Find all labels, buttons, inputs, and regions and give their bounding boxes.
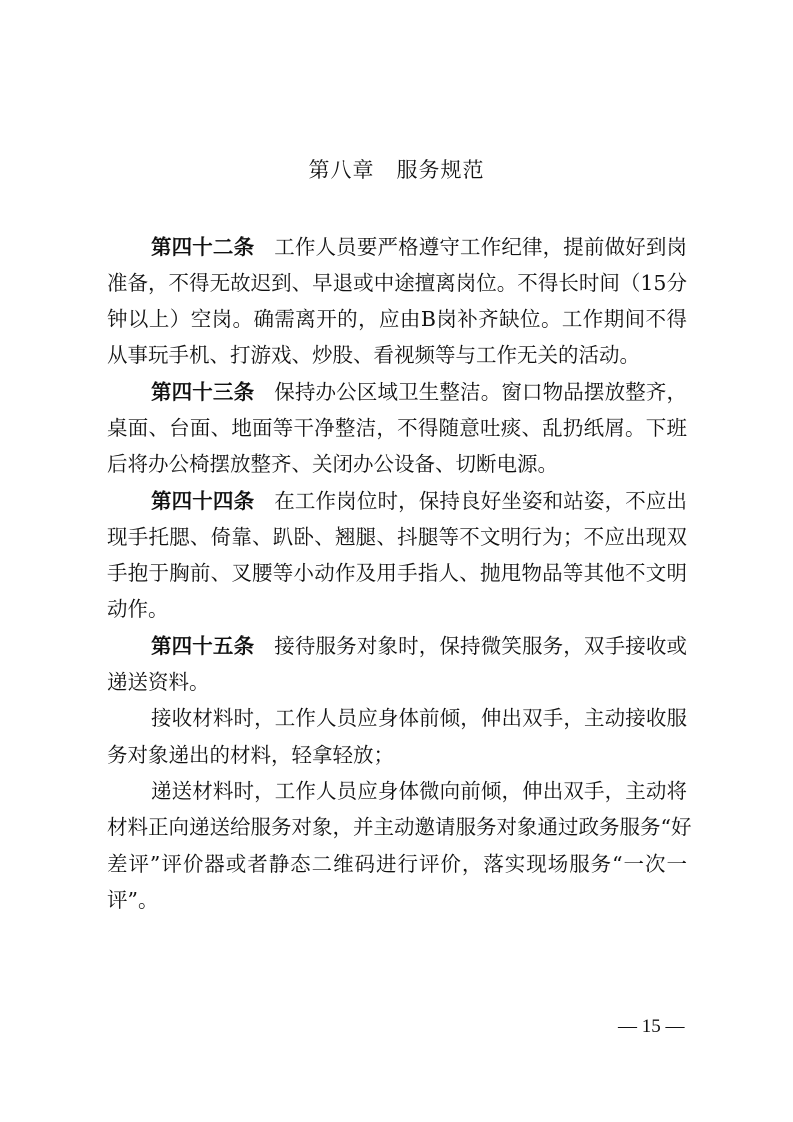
article-43-line-1: 第四十三条保持办公区域卫生整洁。窗口物品摆放整齐， [151, 379, 687, 405]
delivering-line-3: 差评”评价器或者静态二维码进行评价，落实现场服务“一次一 [107, 851, 687, 877]
article-43-line-2: 桌面、台面、地面等干净整洁，不得随意吐痰、乱扔纸屑。下班 [107, 415, 687, 441]
receiving-line-2: 务对象递出的材料，轻拿轻放； [107, 742, 687, 768]
delivering-line-2: 材料正向递送给服务对象，并主动邀请服务对象通过政务服务“好 [107, 814, 687, 840]
article-label: 第四十三条 [151, 380, 254, 404]
article-42-line-3: 钟以上）空岗。确需离开的，应由B岗补齐缺位。工作期间不得 [107, 306, 687, 332]
article-44-line-2: 现手托腮、倚靠、趴卧、翘腿、抖腿等不文明行为；不应出现双 [107, 524, 687, 550]
delivering-line-1: 递送材料时，工作人员应身体微向前倾，伸出双手，主动将 [151, 778, 687, 804]
article-42-line-4: 从事玩手机、打游戏、炒股、看视频等与工作无关的活动。 [107, 342, 687, 368]
receiving-line-1: 接收材料时，工作人员应身体前倾，伸出双手，主动接收服 [151, 705, 687, 731]
article-42-line-2: 准备，不得无故迟到、早退或中途擅离岗位。不得长时间（15分 [107, 270, 687, 296]
delivering-line-4: 评”。 [107, 887, 687, 913]
article-44-line-3: 手抱于胸前、叉腰等小动作及用手指人、抛甩物品等其他不文明 [107, 560, 687, 586]
article-45-line-2: 递送资料。 [107, 669, 687, 695]
article-42-line-1: 第四十二条工作人员要严格遵守工作纪律，提前做好到岗 [151, 234, 687, 260]
article-label: 第四十五条 [151, 634, 254, 658]
article-label: 第四十四条 [151, 489, 254, 513]
article-44-line-4: 动作。 [107, 596, 687, 622]
chapter-number: 第八章 [309, 158, 375, 182]
article-label: 第四十二条 [151, 235, 254, 259]
article-44-line-1: 第四十四条在工作岗位时，保持良好坐姿和站姿，不应出 [151, 488, 687, 514]
chapter-title: 第八章服务规范 [0, 154, 793, 184]
article-43-line-3: 后将办公椅摆放整齐、关闭办公设备、切断电源。 [107, 451, 687, 477]
article-45-line-1: 第四十五条接待服务对象时，保持微笑服务，双手接收或 [151, 633, 687, 659]
chapter-name: 服务规范 [397, 158, 485, 182]
page-number: — 15 — [618, 1016, 685, 1038]
